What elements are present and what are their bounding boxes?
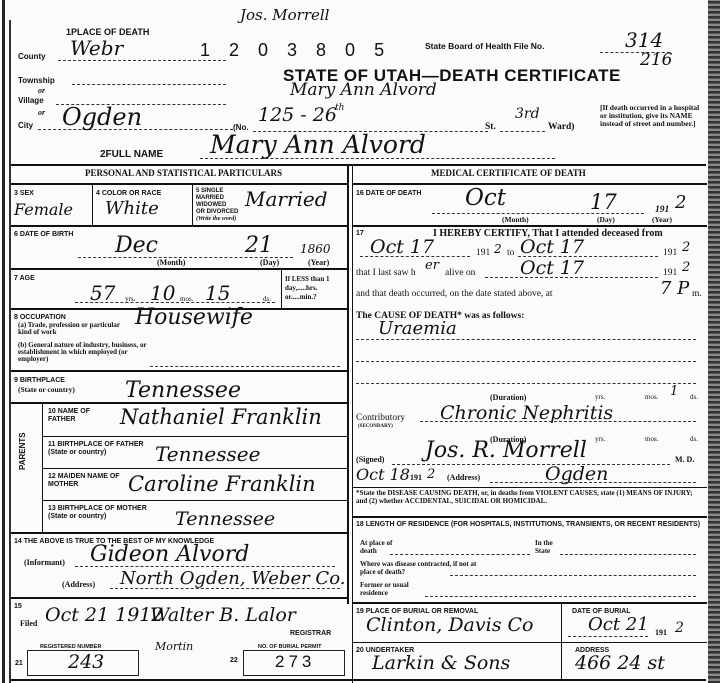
attended-to-year: 191: [663, 248, 677, 258]
dod-year-prefix: 191: [655, 205, 669, 215]
form-border-left: [9, 20, 11, 683]
scan-edge-left: [2, 0, 5, 683]
county-label: County: [18, 52, 46, 61]
certify-number: 17: [356, 230, 364, 238]
color-value: White: [105, 198, 159, 219]
birthplace-label: 9 BIRTHPLACE: [14, 377, 65, 385]
undertaker-value: Larkin & Sons: [372, 652, 510, 674]
dod-month-caption: (Month): [502, 215, 529, 224]
row-line-3: [11, 268, 347, 270]
village-label: Village: [18, 96, 44, 105]
contracted-line: [450, 575, 696, 576]
attended-to-year-suffix: 2: [682, 240, 690, 255]
med-row-line-2: [352, 225, 707, 227]
informant-value: Gideon Alvord: [90, 542, 249, 567]
dod-month: Oct: [465, 185, 506, 211]
file-no-value: 314: [625, 28, 663, 52]
secondary-label: (SECONDARY): [358, 424, 393, 429]
mother-name-value: Caroline Franklin: [128, 472, 316, 496]
duration-mos-2: mos.: [645, 435, 658, 443]
age-divider: [281, 268, 282, 308]
sex-color-divider: [92, 183, 93, 225]
color-marital-divider: [192, 183, 193, 225]
filed-label: Filed: [20, 619, 37, 628]
med-row-line-5: [352, 602, 707, 604]
st-label: St.: [485, 122, 496, 132]
file-no-label: State Board of Health File No.: [425, 42, 545, 51]
burial-date-line: [568, 636, 648, 637]
duration-mos-1: mos.: [645, 393, 658, 401]
row-line-7: [42, 436, 347, 437]
filed-value: Oct 21 1912: [45, 604, 163, 626]
or-label-1: or: [38, 86, 45, 95]
registrar-signature: Walter B. Lalor: [150, 604, 296, 626]
dod-year-caption: (Year): [652, 215, 672, 224]
filed-number: 15: [14, 603, 22, 611]
contributory-label: Contributory: [356, 413, 405, 423]
burial-year-suffix: 2: [675, 620, 684, 636]
sex-label: 3 SEX: [14, 190, 34, 198]
occupation-b-line: [150, 366, 340, 367]
certificate-stamp-number: 1 2 0 3 8 0 5: [200, 40, 391, 61]
marital-label-line: WIDOWED: [196, 202, 238, 209]
in-state-line: [560, 554, 696, 555]
dob-month: Dec: [115, 233, 158, 258]
signed-value: Jos. R. Morrell: [425, 438, 587, 463]
burial-permit-value: 273: [275, 652, 315, 672]
row-line-8: [42, 468, 347, 469]
duration-ds-value: 1: [670, 384, 678, 399]
dob-label: 6 DATE OF BIRTH: [14, 231, 73, 239]
reg-number-num: 21: [15, 660, 23, 668]
city-value: Ogden: [62, 103, 142, 131]
attended-from-line: [360, 256, 470, 257]
last-saw-year-suffix: 2: [682, 260, 690, 275]
signed-label: (Signed): [356, 455, 384, 464]
hospital-note: [If death occurred in a hospital or inst…: [600, 104, 700, 128]
in-state-label: In the State: [535, 539, 565, 555]
birthplace-sub: (State or country): [18, 385, 75, 394]
attended-from-year-suffix: 2: [494, 242, 502, 256]
full-name-label: 2FULL NAME: [100, 150, 163, 159]
row-line-2: [11, 225, 347, 227]
last-saw-year: 191: [663, 268, 677, 278]
marital-label-line: MARRIED: [196, 195, 238, 202]
column-divider-inner: [352, 164, 353, 683]
full-name-value: Mary Ann Alvord: [210, 130, 426, 159]
informant-address-value: North Ogden, Weber Co.: [120, 568, 345, 589]
undertaker-address-value: 466 24 st: [575, 652, 665, 674]
sex-value: Female: [14, 200, 73, 219]
at-place-label: At place of death: [360, 539, 400, 555]
cause-line-3: [356, 383, 696, 384]
marital-label: 5 SINGLE MARRIED WIDOWED OR DIVORCED (Wr…: [196, 188, 238, 223]
street-number-value: 125 - 26: [258, 104, 337, 126]
burial-year-prefix: 191: [655, 628, 667, 637]
occurred-text: and that death occurred, on the date sta…: [356, 289, 553, 299]
township-label: Township: [18, 76, 55, 85]
or-label-2: or: [38, 108, 45, 117]
year-caption: (Year): [308, 258, 329, 267]
marital-label-line: OR DIVORCED: [196, 209, 238, 216]
bottom-border: [11, 679, 706, 681]
father-birthplace-label: 11 BIRTHPLACE OF FATHER (State or countr…: [48, 441, 148, 457]
last-saw-text: that I last saw h: [356, 268, 416, 278]
ds-label: ds.: [263, 295, 271, 303]
city-label: City: [18, 121, 33, 130]
month-caption: (Month): [157, 258, 185, 267]
marital-label-line: 5 SINGLE: [196, 188, 238, 195]
registrar-label: REGISTRAR: [290, 630, 331, 638]
mother-birthplace-value: Tennessee: [175, 508, 275, 530]
signed-address-line: [490, 482, 696, 483]
time-value: 7 P: [660, 278, 689, 299]
father-birthplace-value: Tennessee: [155, 442, 260, 466]
row-line-1: [11, 183, 347, 185]
age-yrs-value: 57: [90, 281, 115, 305]
scan-edge-right: [708, 0, 720, 683]
med-row-line-3: [352, 487, 707, 488]
row-line-10: [11, 532, 347, 534]
dod-line: [432, 213, 644, 214]
burial-divider: [561, 602, 562, 680]
mos-label: mos.: [180, 295, 193, 303]
md-label: M. D.: [675, 455, 694, 464]
informant-label: (Informant): [24, 558, 65, 567]
med-row-line-4: [352, 516, 707, 518]
attended-from-year: 191: [476, 248, 490, 258]
med-row-line-6: [352, 642, 707, 643]
row-line-9: [42, 500, 347, 501]
cause-footnote: *State the DISEASE CAUSING DEATH, or, in…: [356, 489, 701, 505]
duration-ds-1: ds.: [690, 393, 698, 401]
top-annotation: Jos. Morrell: [240, 6, 329, 24]
file-no-value-2: 216: [640, 50, 672, 70]
residence-label: 18 LENGTH OF RESIDENCE (FOR HOSPITALS, I…: [356, 521, 701, 529]
contracted-label: Where was disease contracted, if not at …: [360, 560, 490, 576]
registrar-deputy: Mortin: [155, 640, 193, 653]
signed-address-label: (Address): [447, 473, 480, 482]
last-saw-line: [485, 277, 658, 278]
duration-ds-2: ds.: [690, 435, 698, 443]
last-saw-pronoun: er: [425, 258, 439, 273]
ward-label: Ward): [548, 122, 574, 132]
ward-value: 3rd: [515, 106, 540, 122]
cause-line-2: [356, 361, 696, 362]
dod-label: 16 DATE OF DEATH: [356, 190, 421, 198]
dod-year-suffix: 2: [675, 192, 686, 213]
age-ds-value: 15: [205, 281, 230, 305]
mother-birthplace-label: 13 BIRTHPLACE OF MOTHER (State or countr…: [48, 505, 148, 521]
color-label: 4 COLOR OR RACE: [96, 190, 161, 198]
signed-line: [392, 464, 670, 465]
typed-name-annotation: Mary Ann Alvord: [290, 80, 437, 100]
personal-section-title: PERSONAL AND STATISTICAL PARTICULARS: [85, 169, 282, 178]
m-label: m.: [692, 289, 702, 299]
dob-year: 1860: [300, 242, 331, 256]
med-row-line-1: [352, 183, 707, 185]
parents-divider: [42, 402, 43, 532]
medical-section-title: MEDICAL CERTIFICATE OF DEATH: [431, 169, 586, 178]
reg-number-value: 243: [68, 651, 104, 673]
burial-place-value: Clinton, Davis Co: [366, 614, 533, 636]
row-line-6: [11, 402, 347, 404]
dob-day: 21: [245, 233, 273, 258]
marital-value: Married: [245, 187, 328, 211]
at-place-line: [390, 554, 530, 555]
burial-date-value: Oct 21: [588, 614, 649, 635]
occupation-a-label: (a) Trade, profession or particular kind…: [18, 322, 128, 336]
former-label: Former or usual residence: [360, 581, 420, 597]
township-line: [72, 84, 226, 85]
birthplace-value: Tennessee: [125, 378, 241, 403]
contributory-line: [420, 421, 696, 422]
death-certificate: 1PLACE OF DEATH County Webr Township or …: [0, 0, 720, 683]
age-mos-value: 10: [150, 281, 175, 305]
signed-year-prefix: 191: [410, 473, 422, 482]
burial-permit-num: 22: [230, 657, 238, 665]
father-name-label: 10 NAME OF FATHER: [48, 408, 108, 424]
row-line-11: [11, 597, 347, 599]
row-line-5: [11, 370, 347, 372]
age-label: 7 AGE: [14, 275, 35, 283]
less-than-label: If LESS than 1 day,.....hrs. or.....min.…: [285, 275, 345, 302]
mother-name-label: 12 MAIDEN NAME OF MOTHER: [48, 473, 128, 489]
former-line: [425, 596, 696, 597]
county-value: Webr: [70, 36, 123, 60]
dod-day-caption: (Day): [597, 215, 615, 224]
dod-day: 17: [590, 190, 617, 214]
header-divider: [11, 164, 706, 166]
cause-value: Uraemia: [378, 318, 457, 339]
day-caption: (Day): [260, 258, 279, 267]
duration-yrs-2: yrs.: [595, 435, 605, 443]
attended-to: Oct 17: [520, 236, 584, 258]
street-number-suffix: th: [335, 103, 344, 113]
duration-label-1: (Duration): [490, 393, 526, 402]
occupation-b-label: (b) General nature of industry, business…: [18, 342, 153, 363]
parents-label: PARENTS: [18, 432, 27, 470]
alive-on-label: alive on: [445, 268, 475, 278]
cause-line-1: [356, 339, 696, 340]
last-saw-date: Oct 17: [520, 257, 584, 279]
marital-hint: (Write the word): [196, 216, 238, 223]
to-label: to: [507, 248, 514, 258]
duration-yrs-1: yrs.: [595, 393, 605, 401]
father-name-value: Nathaniel Franklin: [120, 405, 322, 429]
attended-from: Oct 17: [370, 236, 434, 258]
informant-address-label: (Address): [62, 580, 95, 589]
signed-date: Oct 18: [356, 465, 410, 484]
occupation-value: Housewife: [135, 305, 253, 330]
ward-line: [500, 131, 545, 132]
yrs-label: yrs.: [125, 295, 135, 303]
column-divider: [347, 164, 349, 604]
signed-year-suffix: 2: [427, 467, 435, 482]
